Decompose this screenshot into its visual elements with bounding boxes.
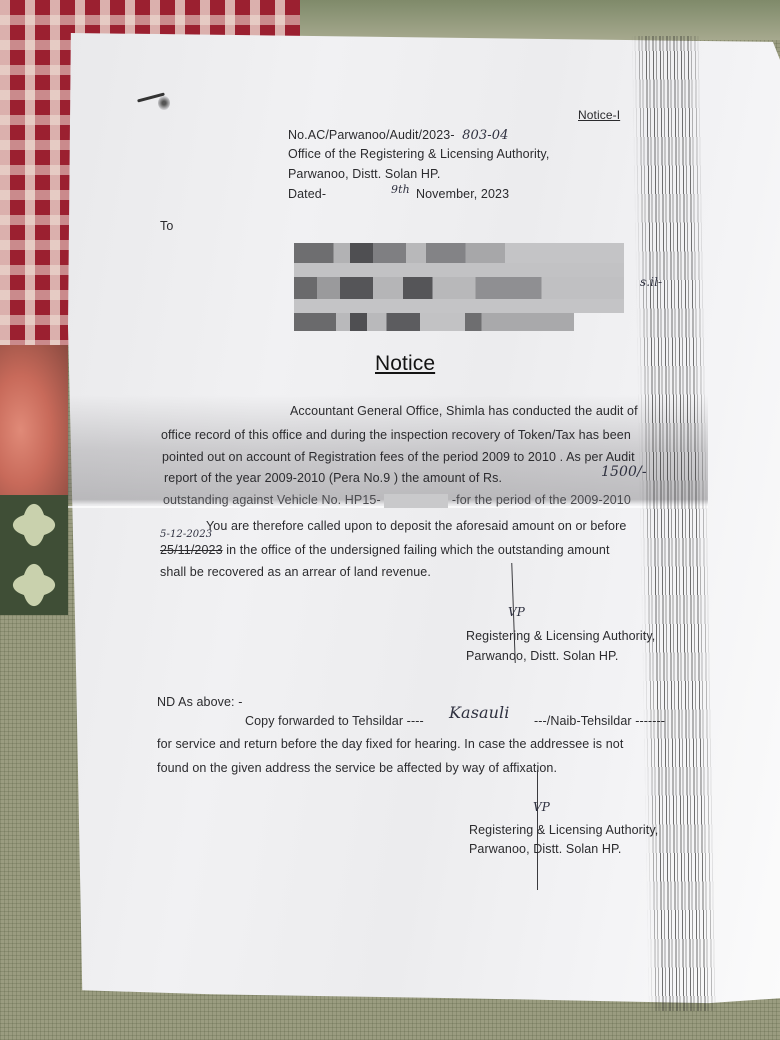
deadline-struck: 25/11/2023 bbox=[160, 543, 223, 557]
body-line-7-text: in the office of the undersigned failing… bbox=[223, 543, 610, 557]
office-line: Office of the Registering & Licensing Au… bbox=[288, 147, 549, 161]
notice-title: Notice bbox=[375, 352, 435, 376]
signature-initials-2: VP bbox=[533, 800, 550, 814]
background-cloth-top bbox=[250, 0, 780, 40]
endorsement-line-3: found on the given address the service b… bbox=[157, 761, 557, 775]
nd-label: ND As above: - bbox=[157, 695, 242, 709]
amount-handwritten: 1500/- bbox=[601, 464, 647, 480]
endorsement-line-2: for service and return before the day fi… bbox=[157, 737, 623, 751]
signatory-place-2: Parwanoo, Distt. Solan HP. bbox=[469, 842, 621, 856]
vehicle-label: outstanding against Vehicle No. HP15- bbox=[163, 493, 381, 507]
body-line-4: report of the year 2009-2010 (Pera No.9 … bbox=[164, 471, 502, 485]
background-leaf-pattern bbox=[0, 495, 68, 615]
reference-number-printed: No.AC/Parwanoo/Audit/2023- bbox=[288, 128, 455, 142]
deadline-handwritten: 5-12-2023 bbox=[160, 529, 212, 540]
date-text: November, 2023 bbox=[416, 187, 509, 201]
body-line-1: Accountant General Office, Shimla has co… bbox=[290, 404, 638, 418]
naib-tehsildar-text: ---/Naib-Tehsildar ------- bbox=[534, 714, 665, 728]
body-line-2: office record of this office and during … bbox=[161, 428, 631, 442]
redacted-vehicle-number bbox=[384, 494, 448, 508]
to-label: To bbox=[160, 219, 173, 233]
copy-forwarded-text: Copy forwarded to Tehsildar ---- bbox=[245, 714, 424, 728]
background-flower bbox=[0, 345, 68, 515]
signature-initials-1: VP bbox=[508, 605, 525, 619]
reference-number: No.AC/Parwanoo/Audit/2023- 803-04 bbox=[288, 128, 509, 143]
date-day-handwritten: 9th bbox=[391, 183, 410, 196]
period-text: -for the period of the 2009-2010 bbox=[452, 493, 631, 507]
staple-hole-icon bbox=[158, 96, 170, 110]
body-line-5: outstanding against Vehicle No. HP15- -f… bbox=[163, 493, 631, 508]
dated-label: Dated- bbox=[288, 187, 326, 201]
recipient-handwritten-mark: s.il- bbox=[640, 275, 662, 289]
body-line-7: 25/11/2023 in the office of the undersig… bbox=[160, 543, 610, 557]
body-line-6: You are therefore called upon to deposit… bbox=[206, 519, 626, 533]
reference-number-handwritten: 803-04 bbox=[462, 128, 508, 143]
office-place: Parwanoo, Distt. Solan HP. bbox=[288, 167, 440, 181]
signatory-place-1: Parwanoo, Distt. Solan HP. bbox=[466, 649, 618, 663]
tehsil-handwritten: Kasauli bbox=[449, 703, 509, 722]
notice-reference-label: Notice-I bbox=[578, 108, 620, 122]
signatory-title-1: Registering & Licensing Authority, bbox=[466, 629, 655, 643]
body-line-3: pointed out on account of Registration f… bbox=[162, 450, 635, 464]
signatory-title-2: Registering & Licensing Authority, bbox=[469, 823, 658, 837]
body-line-8: shall be recovered as an arrear of land … bbox=[160, 565, 431, 579]
